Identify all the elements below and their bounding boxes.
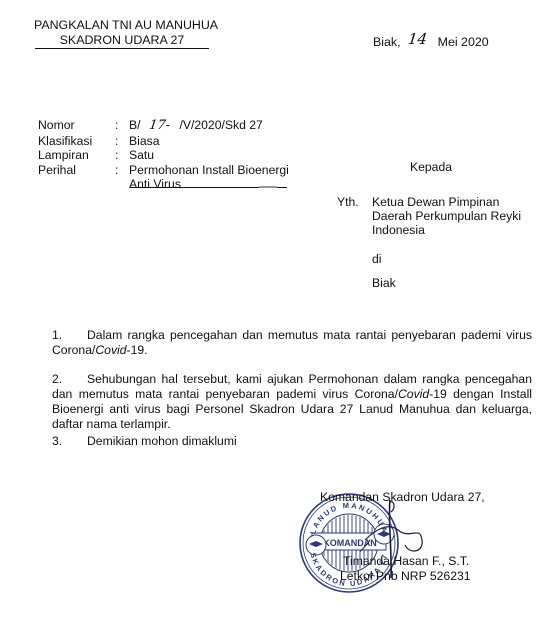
meta-row-nomor: Nomor : B/17-/V/2020/Skd 27 (38, 118, 289, 134)
signatory-rank-nrp: Letkol Pnb NRP 526231 (340, 569, 471, 583)
recipient-line: Ketua Dewan Pimpinan (372, 195, 521, 209)
handwritten-number: 17- (147, 119, 170, 134)
paragraph-3: 3.Demikian mohon dimaklumi (52, 434, 532, 449)
recipient-line: Daerah Perkumpulan Reyki (372, 209, 521, 223)
recipient-city: Biak (372, 276, 396, 290)
meta-label: Klasifikasi (38, 134, 115, 149)
recipient-di: di (372, 252, 382, 266)
recipient-line: Indonesia (372, 223, 521, 237)
letter-meta: Nomor : B/17-/V/2020/Skd 27 Klasifikasi … (38, 118, 289, 192)
paragraph-text: Demikian mohon dimaklumi (87, 434, 237, 448)
handwritten-signature-icon (360, 500, 440, 580)
meta-label: Nomor (38, 118, 115, 134)
meta-label: Perihal (38, 163, 115, 178)
meta-spacer (115, 177, 129, 192)
meta-value-perihal: Permohonan Install Bioenergi (129, 163, 289, 178)
meta-row-perihal-cont: Anti Virus (38, 177, 289, 192)
subject-underline (130, 187, 287, 188)
letterhead-line-1: PANGKALAN TNI AU MANUHUA (34, 18, 210, 33)
paragraph-number: 1. (52, 328, 87, 343)
letterhead-underline (35, 48, 209, 49)
month-year: Mei 2020 (438, 35, 489, 49)
meta-colon: : (115, 148, 129, 163)
nomor-suffix: /V/2020/Skd 27 (179, 118, 262, 132)
meta-value-perihal-line2: Anti Virus (129, 177, 181, 192)
signatory-name: Timanda Hasan F., S.T. (343, 554, 469, 568)
paragraph-text-tail: -19. (127, 343, 148, 357)
paragraph-2: 2.Sehubungan hal tersebut, kami ajukan P… (52, 372, 532, 432)
letterhead-line-2: SKADRON UDARA 27 (34, 33, 210, 48)
paragraph-number: 3. (52, 434, 87, 449)
meta-colon: : (115, 163, 129, 178)
meta-label: Lampiran (38, 148, 115, 163)
handwritten-day: 14 (407, 30, 428, 48)
meta-value-nomor: B/17-/V/2020/Skd 27 (129, 118, 263, 134)
meta-colon: : (115, 134, 129, 149)
underline-smudge (259, 186, 277, 188)
letterhead: PANGKALAN TNI AU MANUHUA SKADRON UDARA 2… (34, 18, 210, 48)
place-date: Biak,14Mei 2020 (373, 32, 489, 50)
meta-row-perihal: Perihal : Permohonan Install Bioenergi (38, 163, 289, 178)
meta-value-lampiran: Satu (129, 148, 154, 163)
recipient-lines: Ketua Dewan Pimpinan Daerah Perkumpulan … (372, 195, 521, 238)
meta-spacer (38, 177, 115, 192)
meta-colon: : (115, 118, 129, 134)
nomor-prefix: B/ (129, 118, 141, 132)
signatory-title: Komandan Skadron Udara 27, (320, 490, 485, 505)
kepada-label: Kepada (410, 160, 452, 174)
paragraph-italic: Covid (398, 387, 429, 401)
paragraph-italic: Covid (95, 343, 126, 357)
place: Biak, (373, 35, 401, 49)
meta-value-klasifikasi: Biasa (129, 134, 160, 149)
paragraph-1: 1.Dalam rangka pencegahan dan memutus ma… (52, 328, 532, 358)
paragraph-number: 2. (52, 372, 87, 387)
yth-label: Yth. (337, 195, 359, 209)
meta-row-klasifikasi: Klasifikasi : Biasa (38, 134, 289, 149)
meta-row-lampiran: Lampiran : Satu (38, 148, 289, 163)
